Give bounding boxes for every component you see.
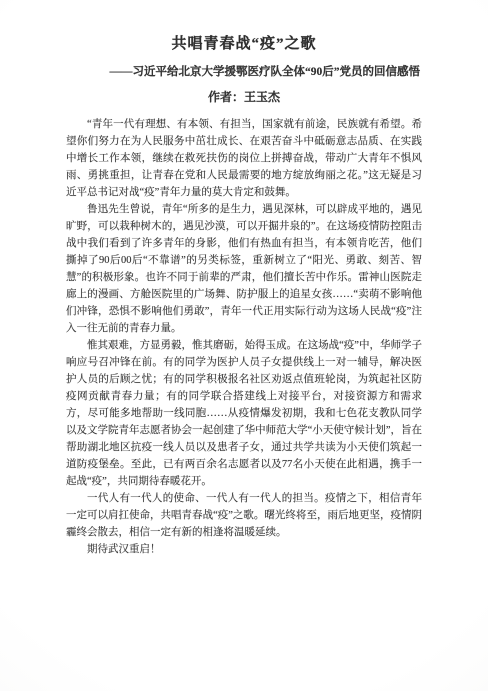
paragraph-huashi-volunteers: 惟其艰难，方显勇毅，惟其磨砺，始得玉成。在这场战“疫”中，华师学子响应号召冲锋在… bbox=[66, 337, 422, 490]
document-body: “青年一代有理想、有本领、有担当，国家就有前途，民族就有希望。希望你们努力在为人… bbox=[66, 116, 422, 558]
paragraph-generation-mission: 一代人有一代人的使命、一代人有一代人的担当。疫情之下，相信青年一定可以肩扛使命，… bbox=[66, 490, 422, 541]
author-line: 作者：王玉杰 bbox=[0, 88, 488, 105]
document-subtitle: ——习近平给北京大学援鄂医疗队全体“90后”党员的回信感悟 bbox=[0, 63, 488, 79]
document-page: 共唱青春战“疫”之歌 ——习近平给北京大学援鄂医疗队全体“90后”党员的回信感悟… bbox=[0, 0, 488, 691]
paragraph-quote-xi: “青年一代有理想、有本领、有担当，国家就有前途，民族就有希望。希望你们努力在为人… bbox=[66, 116, 422, 201]
document-title: 共唱青春战“疫”之歌 bbox=[0, 0, 488, 53]
paragraph-closing-wuhan: 期待武汉重启！ bbox=[66, 541, 422, 558]
paragraph-luxun-youth: 鲁迅先生曾说，青年“所多的是生力，遇见深林，可以辟成平地的，遇见旷野，可以栽种树… bbox=[66, 201, 422, 337]
